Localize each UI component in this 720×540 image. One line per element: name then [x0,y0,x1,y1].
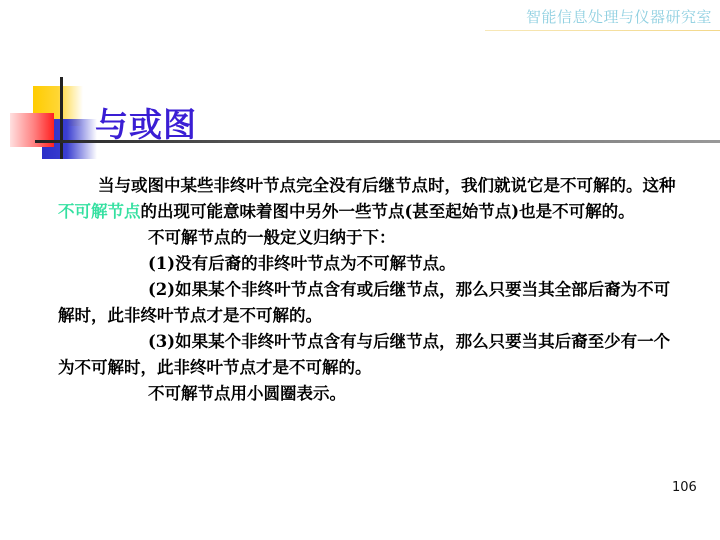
page-number: 106 [672,480,697,495]
paragraph-notation: 不可解节点用小圆圈表示。 [58,381,683,407]
paragraph-rule-1: (1)没有后裔的非终叶节点为不可解节点。 [58,251,683,277]
decorative-logo [0,0,100,170]
intro-text-after: 的出现可能意味着图中另外一些节点(甚至起始节点)也是不可解的。 [141,202,635,221]
slide-title: 与或图 [95,99,197,146]
intro-text-before: 当与或图中某些非终叶节点完全没有后继节点时，我们就说它是不可解的。这种 [98,176,676,195]
paragraph-definition-lead: 不可解节点的一般定义归纳于下： [58,225,683,251]
paragraph-rule-3: (3)如果某个非终叶节点含有与后继节点，那么只要当其后裔至少有一个为不可解时，此… [58,329,683,381]
header-lab-name: 智能信息处理与仪器研究室 [526,6,712,27]
paragraph-rule-2: (2)如果某个非终叶节点含有或后继节点，那么只要当其全部后裔为不可解时，此非终叶… [58,277,683,329]
slide-body: 当与或图中某些非终叶节点完全没有后继节点时，我们就说它是不可解的。这种不可解节点… [58,173,683,407]
vertical-line-decoration [60,77,63,159]
paragraph-intro: 当与或图中某些非终叶节点完全没有后继节点时，我们就说它是不可解的。这种不可解节点… [58,173,683,225]
header-divider [485,30,720,31]
highlighted-term: 不可解节点 [58,202,141,221]
